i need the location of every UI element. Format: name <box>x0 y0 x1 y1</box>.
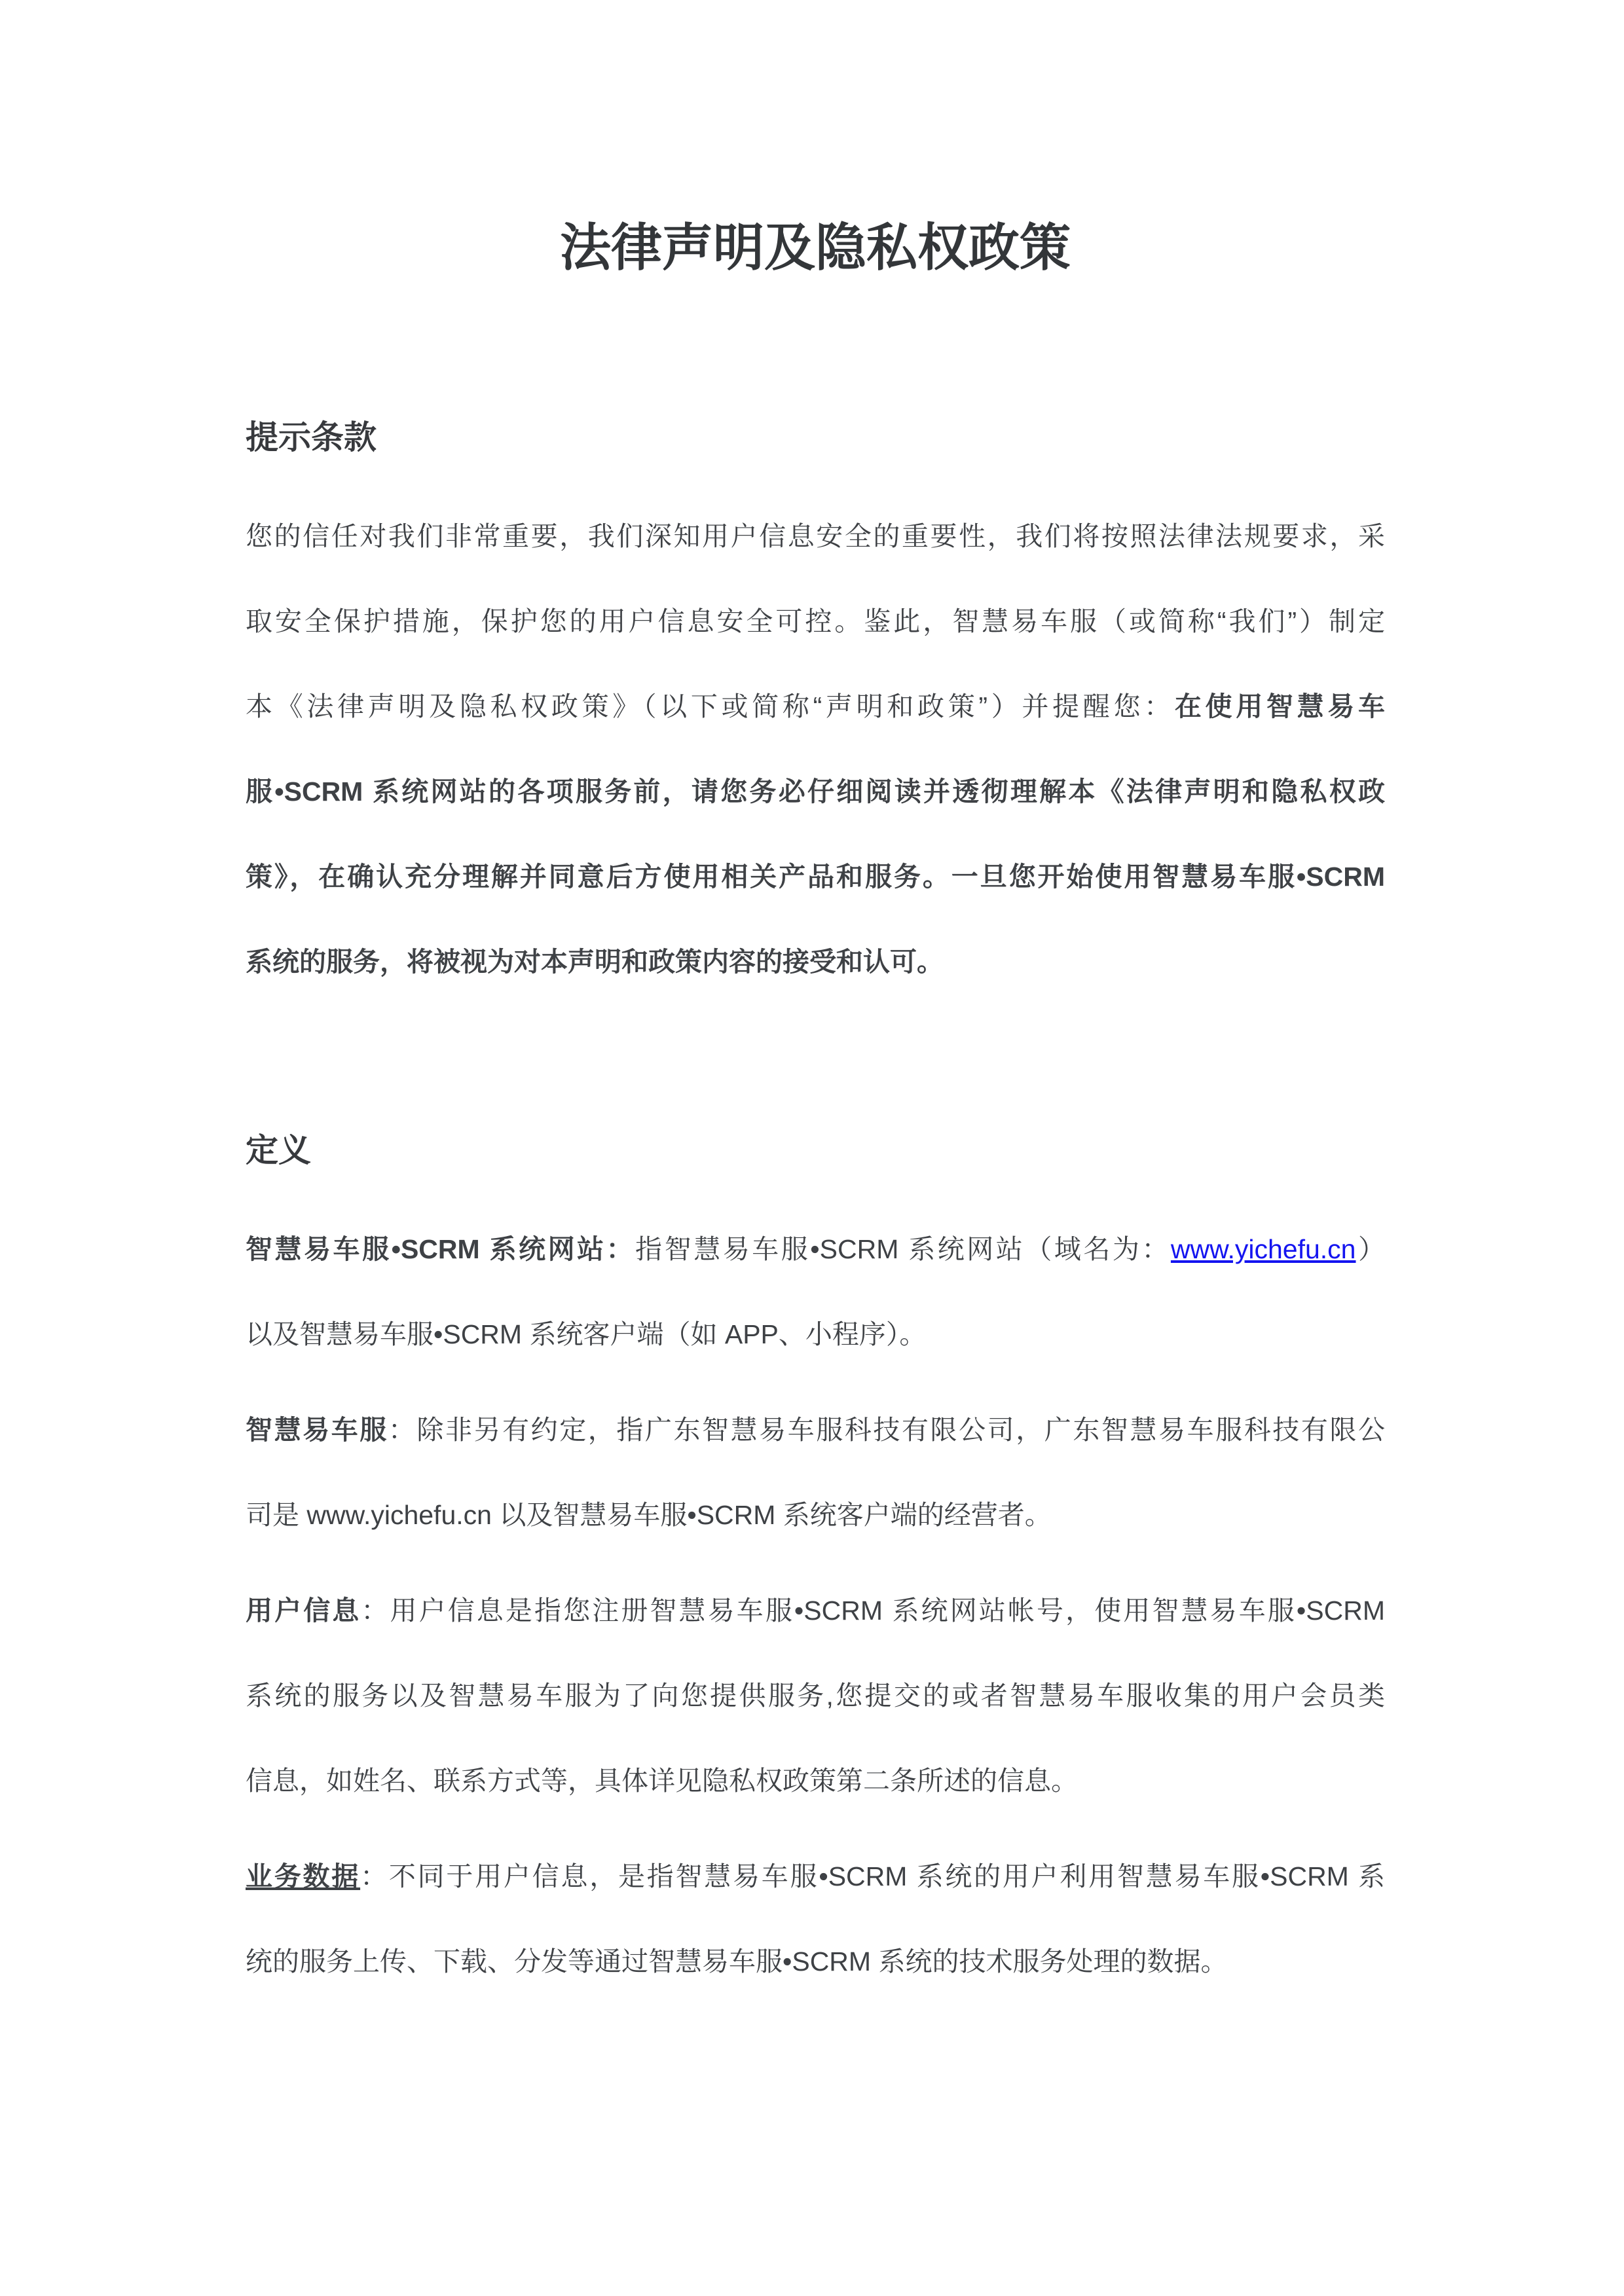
text-line: 您的信任对我们非常重要，我们深知用户信息安全的重要性，我们将按照法律法规要求，采 <box>246 494 1385 579</box>
text-line: 本《法律声明及隐私权政策》（以下或简称“声明和政策”）并提醒您：在使用智慧易车 <box>246 664 1385 749</box>
text-segment: 取安全保护措施，保护您的用户信息安全可控。鉴此，智慧易车服（或简称“我们”）制定 <box>246 606 1385 636</box>
text-segment: 您的信任对我们非常重要，我们深知用户信息安全的重要性，我们将按照法律法规要求，采 <box>246 521 1385 551</box>
text-line: 系统的服务以及智慧易车服为了向您提供服务,您提交的或者智慧易车服收集的用户会员类 <box>246 1653 1385 1738</box>
document-section: 提示条款您的信任对我们非常重要，我们深知用户信息安全的重要性，我们将按照法律法规… <box>246 418 1385 1004</box>
text-line: 以及智慧易车服•SCRM 系统客户端（如 APP、小程序）。 <box>246 1292 1385 1377</box>
paragraph: 智慧易车服•SCRM 系统网站：指智慧易车服•SCRM 系统网站（域名为：www… <box>246 1207 1385 1377</box>
paragraph: 业务数据：不同于用户信息，是指智慧易车服•SCRM 系统的用户利用智慧易车服•S… <box>246 1834 1385 2004</box>
text-segment: 策》，在确认充分理解并同意后方使用相关产品和服务。一旦您开始使用智慧易车服•SC… <box>246 862 1385 892</box>
text-line: 统的服务上传、下载、分发等通过智慧易车服•SCRM 系统的技术服务处理的数据。 <box>246 1919 1385 2004</box>
document-title: 法律声明及隐私权政策 <box>246 216 1385 279</box>
text-line: 服•SCRM 系统网站的各项服务前，请您务必仔细阅读并透彻理解本《法律声明和隐私… <box>246 749 1385 834</box>
text-line: 业务数据：不同于用户信息，是指智慧易车服•SCRM 系统的用户利用智慧易车服•S… <box>246 1834 1385 1919</box>
text-line: 策》，在确认充分理解并同意后方使用相关产品和服务。一旦您开始使用智慧易车服•SC… <box>246 834 1385 919</box>
document-section: 定义智慧易车服•SCRM 系统网站：指智慧易车服•SCRM 系统网站（域名为：w… <box>246 1131 1385 2004</box>
section-heading: 提示条款 <box>246 418 1385 457</box>
text-segment: 系统的服务，将被视为对本声明和政策内容的接受和认可。 <box>246 947 944 977</box>
text-segment: 在使用智慧易车 <box>1175 691 1385 721</box>
text-segment: 以及智慧易车服•SCRM 系统客户端（如 APP、小程序）。 <box>246 1319 926 1349</box>
text-segment: ：不同于用户信息，是指智慧易车服•SCRM 系统的用户利用智慧易车服•SCRM … <box>360 1861 1385 1891</box>
text-segment: 信息，如姓名、联系方式等，具体详见隐私权政策第二条所述的信息。 <box>246 1766 1078 1796</box>
text-segment: ：除非另有约定，指广东智慧易车服科技有限公司，广东智慧易车服科技有限公 <box>388 1415 1385 1445</box>
text-line: 系统的服务，将被视为对本声明和政策内容的接受和认可。 <box>246 919 1385 1004</box>
paragraph: 用户信息：用户信息是指您注册智慧易车服•SCRM 系统网站帐号，使用智慧易车服•… <box>246 1568 1385 1823</box>
text-segment: 智慧易车服 <box>246 1415 388 1445</box>
text-segment: 本《法律声明及隐私权政策》（以下或简称“声明和政策”）并提醒您： <box>246 691 1175 721</box>
document-page: 法律声明及隐私权政策 提示条款您的信任对我们非常重要，我们深知用户信息安全的重要… <box>0 0 1624 2296</box>
text-line: 司是 www.yichefu.cn 以及智慧易车服•SCRM 系统客户端的经营者… <box>246 1472 1385 1558</box>
text-segment: 统的服务上传、下载、分发等通过智慧易车服•SCRM 系统的技术服务处理的数据。 <box>246 1946 1227 1977</box>
text-segment: ：用户信息是指您注册智慧易车服•SCRM 系统网站帐号，使用智慧易车服•SCRM <box>361 1595 1385 1626</box>
text-line: 智慧易车服：除非另有约定，指广东智慧易车服科技有限公司，广东智慧易车服科技有限公 <box>246 1387 1385 1472</box>
text-segment: 服•SCRM 系统网站的各项服务前，请您务必仔细阅读并透彻理解本《法律声明和隐私… <box>246 776 1385 807</box>
paragraph: 您的信任对我们非常重要，我们深知用户信息安全的重要性，我们将按照法律法规要求，采… <box>246 494 1385 1004</box>
text-segment: ） <box>1356 1234 1385 1264</box>
document-body: 提示条款您的信任对我们非常重要，我们深知用户信息安全的重要性，我们将按照法律法规… <box>246 418 1385 2004</box>
yichefu-link[interactable]: www.yichefu.cn <box>1171 1234 1356 1264</box>
section-heading: 定义 <box>246 1131 1385 1170</box>
text-segment: 智慧易车服•SCRM 系统网站： <box>246 1234 635 1264</box>
text-segment: 指智慧易车服•SCRM 系统网站（域名为： <box>635 1234 1171 1264</box>
text-segment: 业务数据 <box>246 1861 360 1891</box>
text-line: 信息，如姓名、联系方式等，具体详见隐私权政策第二条所述的信息。 <box>246 1738 1385 1823</box>
text-line: 用户信息：用户信息是指您注册智慧易车服•SCRM 系统网站帐号，使用智慧易车服•… <box>246 1568 1385 1653</box>
text-line: 取安全保护措施，保护您的用户信息安全可控。鉴此，智慧易车服（或简称“我们”）制定 <box>246 579 1385 664</box>
text-segment: 系统的服务以及智慧易车服为了向您提供服务,您提交的或者智慧易车服收集的用户会员类 <box>246 1681 1385 1711</box>
text-line: 智慧易车服•SCRM 系统网站：指智慧易车服•SCRM 系统网站（域名为：www… <box>246 1207 1385 1292</box>
paragraph: 智慧易车服：除非另有约定，指广东智慧易车服科技有限公司，广东智慧易车服科技有限公… <box>246 1387 1385 1558</box>
text-segment: 用户信息 <box>246 1595 361 1626</box>
text-segment: 司是 www.yichefu.cn 以及智慧易车服•SCRM 系统客户端的经营者… <box>246 1500 1052 1530</box>
